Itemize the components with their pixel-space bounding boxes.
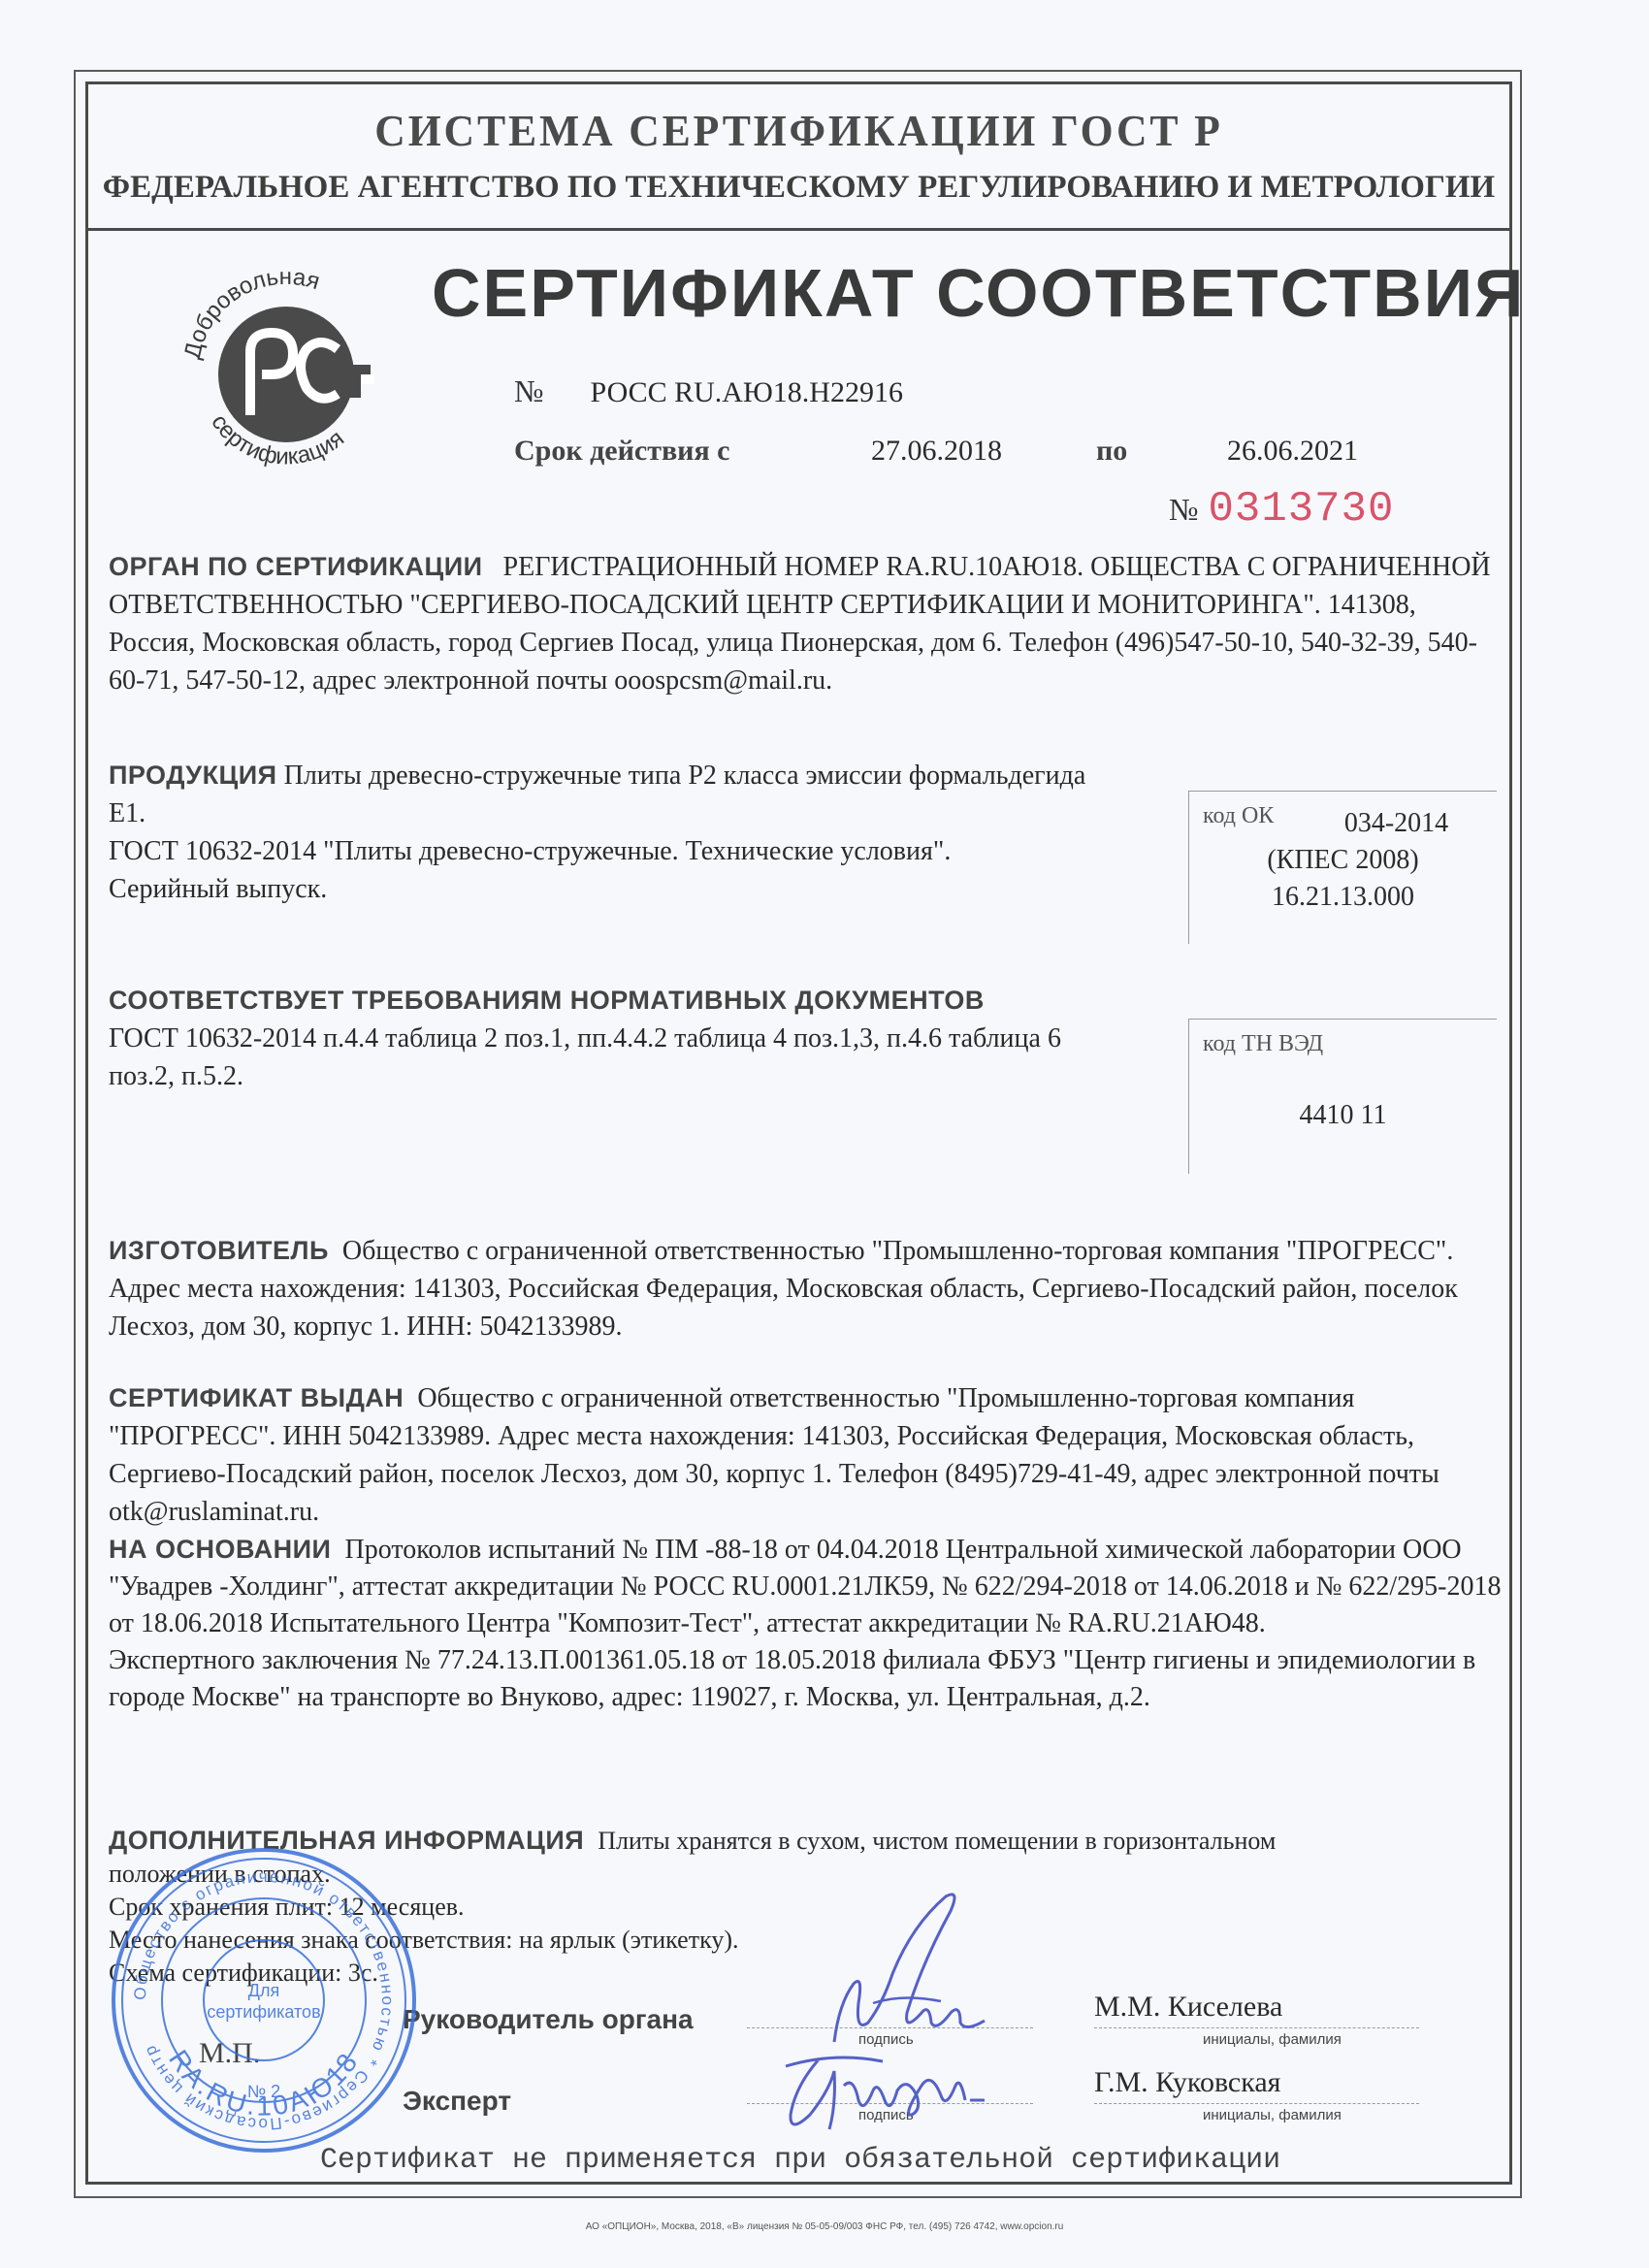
tn-ved-code-value: 4410 11: [1189, 1097, 1497, 1134]
certificate-number-value: РОСС RU.АЮ18.Н22916: [591, 376, 903, 408]
product-section: ПРОДУКЦИЯ Плиты древесно-стружечные типа…: [109, 757, 1098, 908]
agency-title: ФЕДЕРАЛЬНОЕ АГЕНТСТВО ПО ТЕХНИЧЕСКОМУ РЕ…: [85, 170, 1512, 206]
head-name-line: [1094, 2027, 1419, 2028]
system-title: СИСТЕМА СЕРТИФИКАЦИИ ГОСТ Р: [121, 105, 1476, 156]
serial-number-value: 0313730: [1209, 485, 1395, 534]
svg-text:№ 2: № 2: [247, 2082, 280, 2101]
valid-from: 27.06.2018: [871, 435, 1002, 468]
validity-label: Срок действия с: [514, 435, 730, 467]
ok-code-kpes: (КПЕС 2008): [1189, 842, 1497, 879]
tn-ved-code-label: код ТН ВЭД: [1203, 1025, 1323, 1062]
expert-signature-icon: [776, 2047, 999, 2139]
basis-section: НА ОСНОВАНИИ Протоколов испытаний № ПМ -…: [109, 1531, 1505, 1716]
valid-to: 26.06.2021: [1227, 435, 1358, 468]
expert-name-line: [1094, 2103, 1419, 2104]
head-name: М.М. Киселева: [1094, 1991, 1282, 2024]
head-of-body-label: Руководитель органа: [403, 2004, 694, 2035]
validity-period: Срок действия с 27.06.2018 по 26.06.2021: [514, 435, 730, 468]
issued-to-heading: СЕРТИФИКАТ ВЫДАН: [109, 1383, 404, 1412]
certificate-title: СЕРТИФИКАТ СООТВЕТСТВИЯ: [432, 254, 1525, 332]
certificate-number: №РОСС RU.АЮ18.Н22916: [514, 373, 903, 409]
header-divider: [85, 228, 1512, 231]
product-release-type: Серийный выпуск.: [109, 874, 327, 904]
serial-sign: №: [1169, 492, 1199, 527]
certification-body-section: ОРГАН ПО СЕРТИФИКАЦИИ РЕГИСТРАЦИОННЫЙ НО…: [109, 548, 1496, 699]
rst-logo-icon: Добровольная сертификация: [175, 260, 398, 483]
basis-heading: НА ОСНОВАНИИ: [109, 1535, 331, 1564]
certification-body-heading: ОРГАН ПО СЕРТИФИКАЦИИ: [109, 552, 483, 581]
product-heading: ПРОДУКЦИЯ: [109, 761, 277, 790]
printer-imprint: АО «ОПЦИОН», Москва, 2018, «В» лицензия …: [0, 2221, 1649, 2232]
compliance-section: СООТВЕТСТВУЕТ ТРЕБОВАНИЯМ НОРМАТИВНЫХ ДО…: [109, 982, 1176, 1095]
expert-name: Г.М. Куковская: [1094, 2066, 1280, 2099]
expert-name-caption: инициалы, фамилия: [1203, 2107, 1342, 2123]
head-signature-icon: [815, 1887, 999, 2057]
ok-code-box: код ОК 034-2014 (КПЕС 2008) 16.21.13.000: [1188, 791, 1497, 944]
number-sign: №: [514, 373, 544, 408]
basis-expert-conclusion: Экспертного заключения № 77.24.13.П.0013…: [109, 1645, 1475, 1712]
compliance-text: ГОСТ 10632-2014 п.4.4 таблица 2 поз.1, п…: [109, 1020, 1108, 1095]
svg-text:Для: Для: [248, 1981, 279, 2000]
issued-to-section: СЕРТИФИКАТ ВЫДАН Общество с ограниченной…: [109, 1379, 1486, 1531]
svg-text:сертификатов: сертификатов: [207, 2002, 320, 2022]
serial-number: №0313730: [1169, 485, 1394, 534]
ok-code-number: 16.21.13.000: [1189, 879, 1497, 916]
compliance-heading: СООТВЕТСТВУЕТ ТРЕБОВАНИЯМ НОРМАТИВНЫХ ДО…: [109, 986, 985, 1015]
manufacturer-heading: ИЗГОТОВИТЕЛЬ: [109, 1236, 329, 1265]
head-name-caption: инициалы, фамилия: [1203, 2031, 1342, 2048]
valid-to-label: по: [1096, 435, 1127, 468]
ok-code-label: код ОК: [1203, 797, 1274, 834]
manufacturer-section: ИЗГОТОВИТЕЛЬ Общество с ограниченной отв…: [109, 1232, 1467, 1345]
voluntary-certification-note: Сертификат не применяется при обязательн…: [320, 2144, 1280, 2177]
certification-stamp-icon: Общество с ограниченной ответственностью…: [107, 1843, 422, 2158]
product-standard: ГОСТ 10632-2014 "Плиты древесно-стружечн…: [109, 836, 951, 866]
tn-ved-code-box: код ТН ВЭД 4410 11: [1188, 1019, 1497, 1174]
